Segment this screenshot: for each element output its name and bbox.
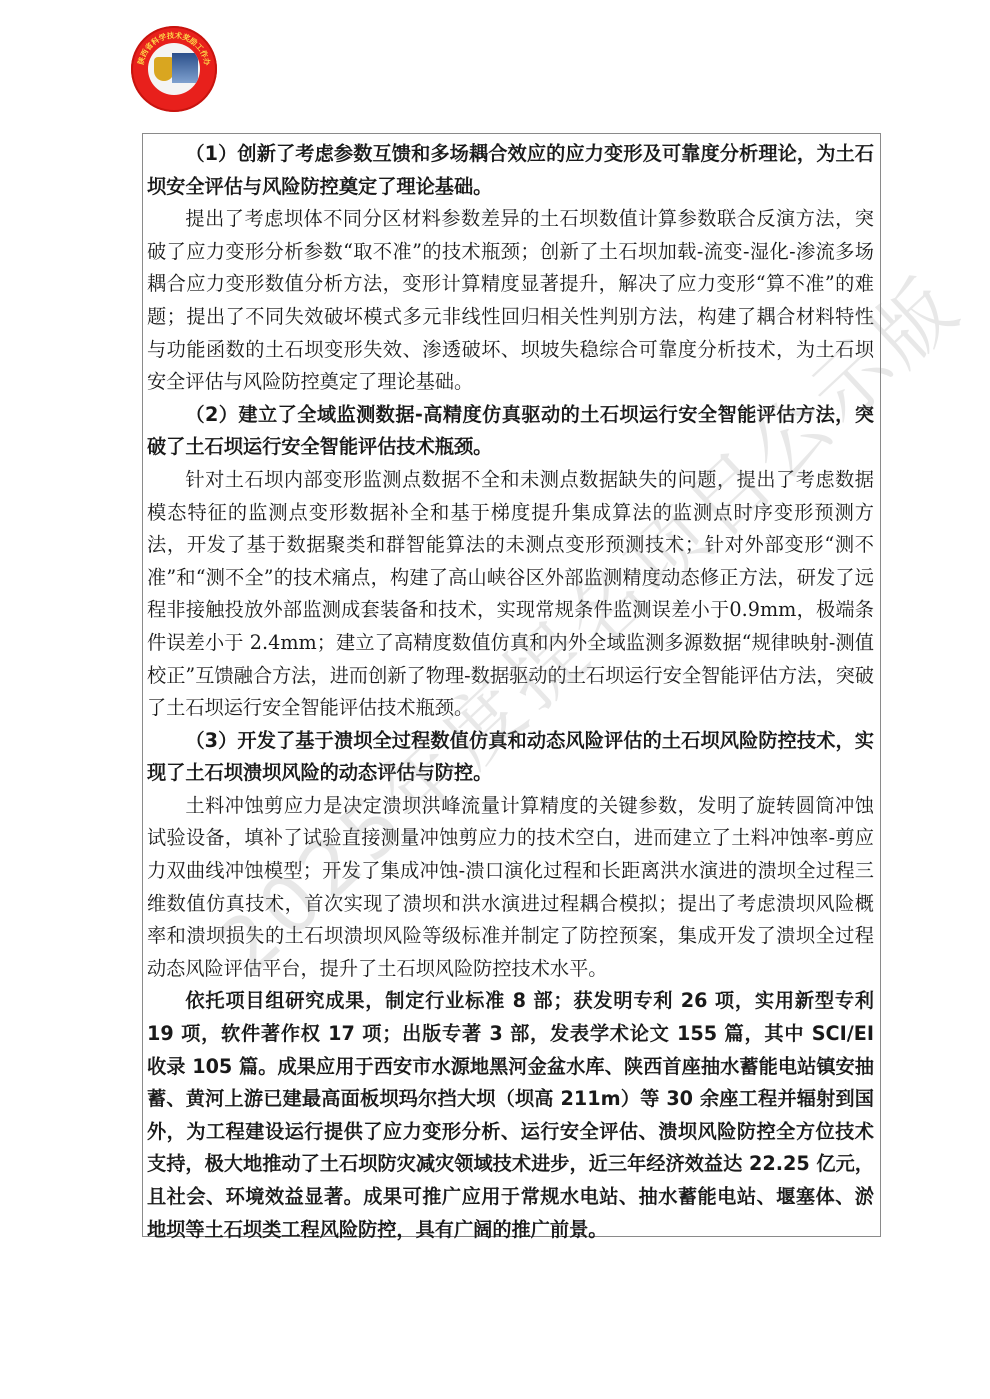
svg-text:陕西省科学技术奖励工作办公室: 陕西省科学技术奖励工作办公室 (131, 26, 213, 67)
seal-ring-text: 陕西省科学技术奖励工作办公室 (131, 26, 217, 112)
section-2-heading: （2）建立了全域监测数据-高精度仿真驱动的土石坝运行安全智能评估方法，突破了土石… (147, 399, 874, 464)
summary-paragraph: 依托项目组研究成果，制定行业标准 8 部；获发明专利 26 项，实用新型专利 1… (147, 985, 874, 1246)
section-3-body: 土料冲蚀剪应力是决定溃坝洪峰流量计算精度的关键参数，发明了旋转圆筒冲蚀试验设备，… (147, 790, 874, 986)
description-content: （1）创新了考虑参数互馈和多场耦合效应的应力变形及可靠度分析理论，为土石坝安全评… (147, 138, 874, 1246)
organization-seal-logo: 陕西省科学技术奖励工作办公室 (131, 26, 217, 112)
section-3-heading: （3）开发了基于溃坝全过程数值仿真和动态风险评估的土石坝风险防控技术，实现了土石… (147, 725, 874, 790)
section-1-heading: （1）创新了考虑参数互馈和多场耦合效应的应力变形及可靠度分析理论，为土石坝安全评… (147, 138, 874, 203)
section-1-body: 提出了考虑坝体不同分区材料参数差异的土石坝数值计算参数联合反演方法，突破了应力变… (147, 203, 874, 399)
project-description-box: （1）创新了考虑参数互馈和多场耦合效应的应力变形及可靠度分析理论，为土石坝安全评… (142, 133, 881, 1237)
section-2-body: 针对土石坝内部变形监测点数据不全和未测点数据缺失的问题，提出了考虑数据模态特征的… (147, 464, 874, 725)
